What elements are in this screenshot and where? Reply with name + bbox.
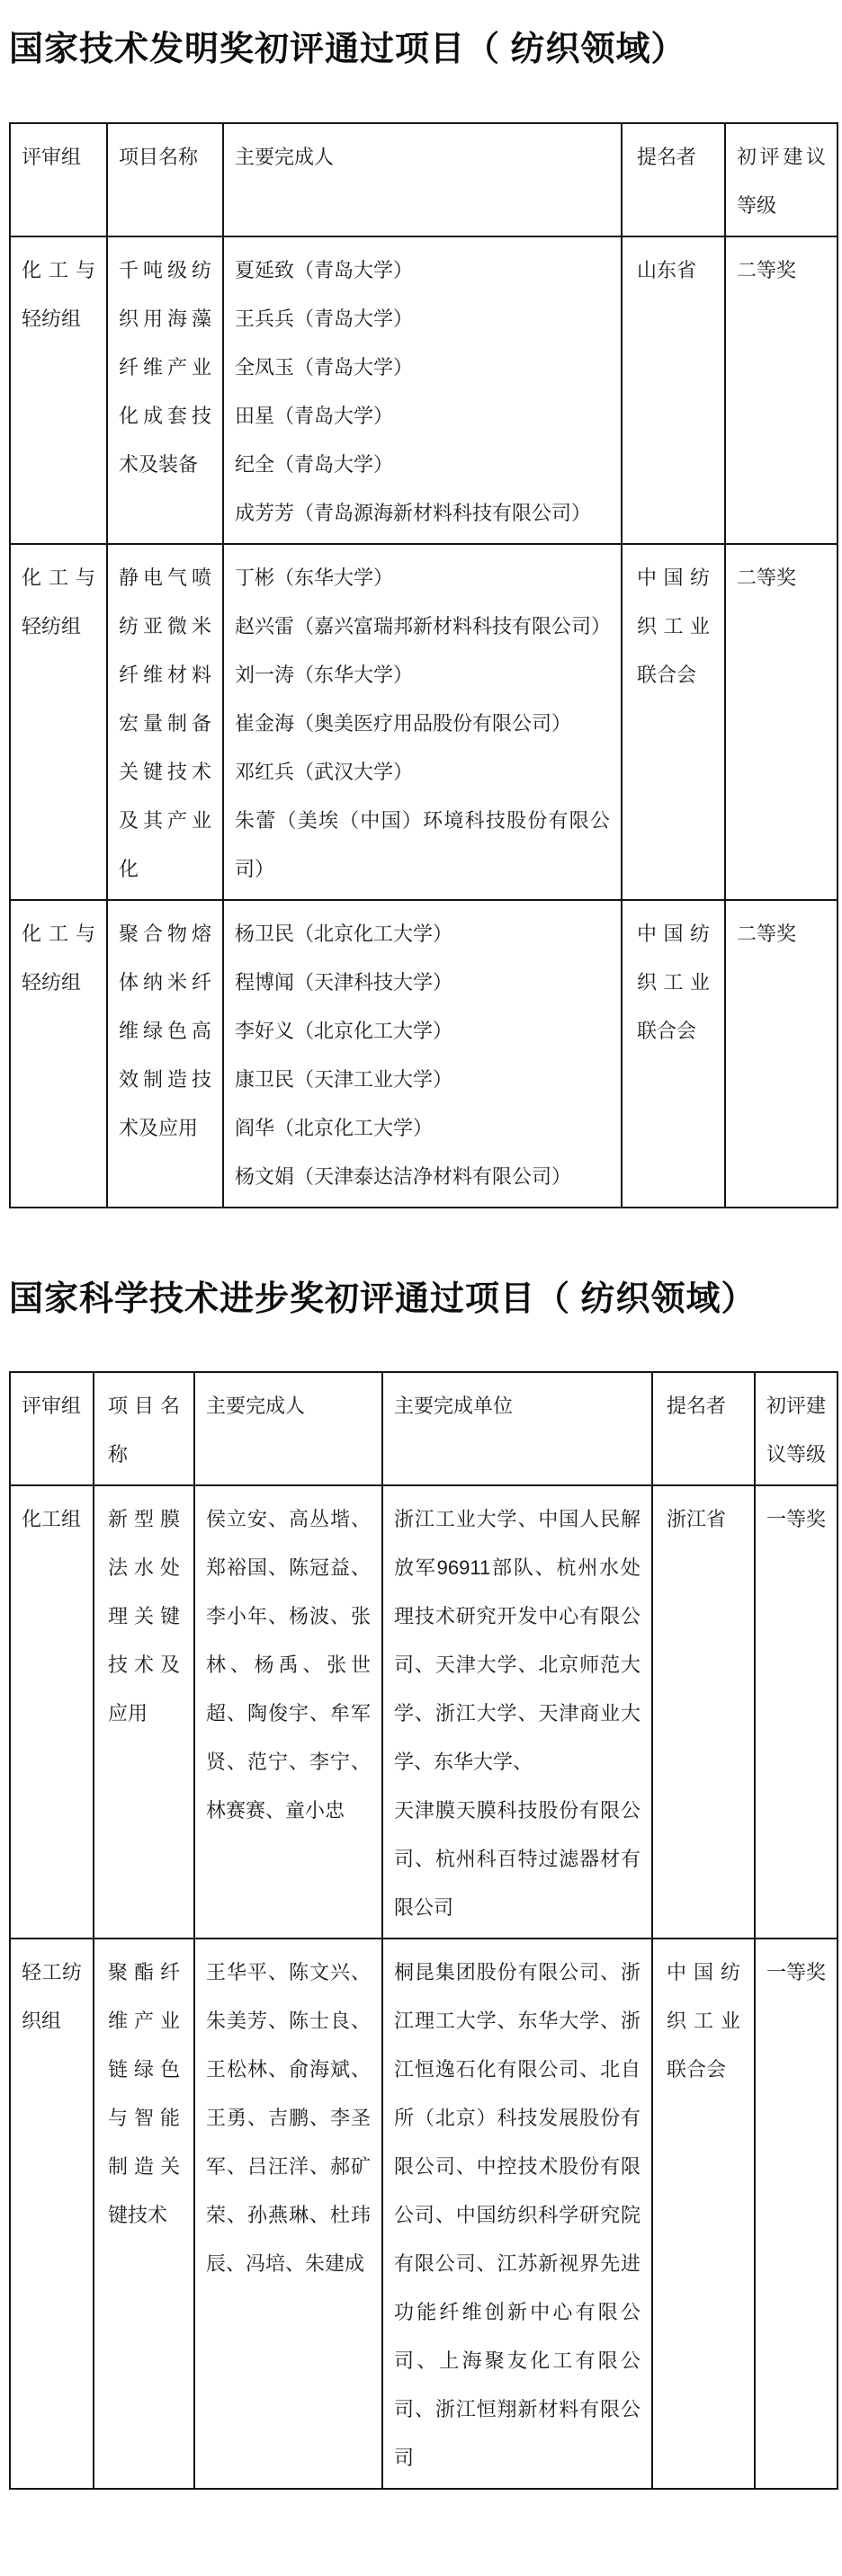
cell-line: 全凤玉（青岛大学）: [235, 343, 610, 392]
cell-line: 田星（青岛大学）: [235, 392, 610, 441]
cell-line: 侯立安、高丛堦、郑裕国、陈冠益、李小年、杨波、张林、杨禹、张世超、陶俊宇、牟军贤…: [206, 1495, 371, 1835]
nominator-cell: 浙江省: [652, 1485, 755, 1939]
cell-line: 杨卫民（北京化工大学）: [235, 910, 610, 958]
header-review-group: 评审组: [10, 123, 107, 236]
cell-line: 二等奖: [737, 246, 826, 295]
cell-line: 天津膜天膜科技股份有限公司、杭州科百特过滤器材有限公司: [394, 1787, 640, 1932]
cell-line: 千吨级纺织用海藻纤维产业化成套技术及装备: [119, 246, 211, 489]
section1-title: 国家技术发明奖初评通过项目（ 纺织领域）: [9, 29, 837, 72]
header-review-group: 评审组: [10, 1372, 94, 1485]
nominator-cell: 中国纺织工业联合会: [652, 1939, 755, 2489]
cell-line: 成芳芳（青岛源海新材料科技有限公司）: [235, 489, 610, 538]
header-units: 主要完成单位: [382, 1372, 652, 1485]
cell-line: 山东省: [637, 246, 710, 295]
header-row: 评审组项目名称主要完成人主要完成单位提名者初评建议等级: [10, 1372, 838, 1485]
header-row: 评审组项目名称主要完成人提名者初评建议等级: [10, 123, 838, 236]
cell-line: 聚合物熔体纳米纤维绿色高效制造技术及应用: [119, 910, 211, 1153]
header-completers: 主要完成人: [223, 123, 622, 236]
grade-cell: 二等奖: [725, 900, 838, 1208]
cell-line: 化工与轻纺组: [22, 910, 95, 1007]
cell-line: 二等奖: [737, 554, 826, 602]
cell-line: 新型膜法水处理关键技术及应用: [108, 1495, 180, 1738]
cell-line: 朱蕾（美埃（中国）环境科技股份有限公司）: [235, 797, 610, 894]
cell-line: 王兵兵（青岛大学）: [235, 295, 610, 343]
header-grade: 初评建议等级: [725, 123, 838, 236]
project-name-cell: 千吨级纺织用海藻纤维产业化成套技术及装备: [107, 236, 223, 544]
cell-line: 浙江省: [667, 1495, 740, 1544]
nominator-cell: 山东省: [622, 236, 725, 544]
table-row: 化工与轻纺组聚合物熔体纳米纤维绿色高效制造技术及应用杨卫民（北京化工大学）程博闻…: [10, 900, 838, 1208]
completers-cell: 夏延致（青岛大学）王兵兵（青岛大学）全凤玉（青岛大学）田星（青岛大学）纪全（青岛…: [223, 236, 622, 544]
cell-line: 王华平、陈文兴、朱美芳、陈士良、王松林、俞海斌、王勇、吉鹏、李圣军、吕汪洋、郝矿…: [206, 1948, 371, 2288]
nominator-cell: 中国纺织工业联合会: [622, 900, 725, 1208]
cell-line: 程博闻（天津科技大学）: [235, 958, 610, 1007]
cell-line: 轻工纺织组: [22, 1948, 82, 2046]
units-cell: 桐昆集团股份有限公司、浙江理工大学、东华大学、浙江恒逸石化有限公司、北自所（北京…: [382, 1939, 652, 2489]
header-project-name: 项目名称: [94, 1372, 194, 1485]
header-completers: 主要完成人: [194, 1372, 382, 1485]
header-project-name: 项目名称: [107, 123, 223, 236]
units-cell: 浙江工业大学、中国人民解放军96911部队、杭州水处理技术研究开发中心有限公司、…: [382, 1485, 652, 1939]
cell-line: 中国纺织工业联合会: [667, 1948, 740, 2094]
nominator-cell: 中国纺织工业联合会: [622, 544, 725, 900]
table-row: 轻工纺织组聚酯纤维产业链绿色与智能制造关键技术王华平、陈文兴、朱美芳、陈士良、王…: [10, 1939, 838, 2489]
cell-line: 一等奖: [766, 1948, 826, 1997]
cell-line: 李好义（北京化工大学）: [235, 1007, 610, 1056]
cell-line: 赵兴雷（嘉兴富瑞邦新材料科技有限公司）: [235, 602, 610, 651]
cell-line: 崔金海（奥美医疗用品股份有限公司）: [235, 700, 610, 748]
grade-cell: 二等奖: [725, 544, 838, 900]
review-group-cell: 轻工纺织组: [10, 1939, 94, 2489]
header-grade: 初评建议等级: [755, 1372, 838, 1485]
cell-line: 静电气喷纺亚微米纤维材料宏量制备关键技术及其产业化: [119, 554, 211, 894]
review-group-cell: 化工与轻纺组: [10, 544, 107, 900]
cell-line: 邓红兵（武汉大学）: [235, 748, 610, 797]
table-row: 化工组新型膜法水处理关键技术及应用侯立安、高丛堦、郑裕国、陈冠益、李小年、杨波、…: [10, 1485, 838, 1939]
completers-cell: 侯立安、高丛堦、郑裕国、陈冠益、李小年、杨波、张林、杨禹、张世超、陶俊宇、牟军贤…: [194, 1485, 382, 1939]
completers-cell: 丁彬（东华大学）赵兴雷（嘉兴富瑞邦新材料科技有限公司）刘一涛（东华大学）崔金海（…: [223, 544, 622, 900]
cell-line: 纪全（青岛大学）: [235, 441, 610, 489]
cell-line: 夏延致（青岛大学）: [235, 246, 610, 295]
cell-line: 聚酯纤维产业链绿色与智能制造关键技术: [108, 1948, 180, 2240]
cell-line: 中国纺织工业联合会: [637, 554, 710, 700]
cell-line: 丁彬（东华大学）: [235, 554, 610, 602]
review-group-cell: 化工组: [10, 1485, 94, 1939]
invention-award-table: 评审组项目名称主要完成人提名者初评建议等级化工与轻纺组千吨级纺织用海藻纤维产业化…: [9, 122, 838, 1208]
project-name-cell: 聚酯纤维产业链绿色与智能制造关键技术: [94, 1939, 194, 2489]
progress-award-table: 评审组项目名称主要完成人主要完成单位提名者初评建议等级化工组新型膜法水处理关键技…: [9, 1371, 838, 2490]
cell-line: 化工与轻纺组: [22, 246, 95, 343]
cell-line: 康卫民（天津工业大学）: [235, 1056, 610, 1104]
cell-line: 杨文娟（天津泰达洁净材料有限公司）: [235, 1153, 610, 1201]
grade-cell: 二等奖: [725, 236, 838, 544]
header-nominator: 提名者: [622, 123, 725, 236]
cell-line: 二等奖: [737, 910, 826, 958]
cell-line: 浙江工业大学、中国人民解放军96911部队、杭州水处理技术研究开发中心有限公司、…: [394, 1495, 640, 1787]
table-row: 化工与轻纺组千吨级纺织用海藻纤维产业化成套技术及装备夏延致（青岛大学）王兵兵（青…: [10, 236, 838, 544]
cell-line: 刘一涛（东华大学）: [235, 651, 610, 700]
completers-cell: 杨卫民（北京化工大学）程博闻（天津科技大学）李好义（北京化工大学）康卫民（天津工…: [223, 900, 622, 1208]
review-group-cell: 化工与轻纺组: [10, 900, 107, 1208]
project-name-cell: 新型膜法水处理关键技术及应用: [94, 1485, 194, 1939]
header-nominator: 提名者: [652, 1372, 755, 1485]
cell-line: 化工组: [22, 1495, 82, 1544]
completers-cell: 王华平、陈文兴、朱美芳、陈士良、王松林、俞海斌、王勇、吉鹏、李圣军、吕汪洋、郝矿…: [194, 1939, 382, 2489]
project-name-cell: 静电气喷纺亚微米纤维材料宏量制备关键技术及其产业化: [107, 544, 223, 900]
grade-cell: 一等奖: [755, 1939, 838, 2489]
cell-line: 中国纺织工业联合会: [637, 910, 710, 1056]
grade-cell: 一等奖: [755, 1485, 838, 1939]
section2-title: 国家科学技术进步奖初评通过项目（ 纺织领域）: [9, 1279, 837, 1322]
cell-line: 阎华（北京化工大学）: [235, 1104, 610, 1153]
cell-line: 化工与轻纺组: [22, 554, 95, 651]
project-name-cell: 聚合物熔体纳米纤维绿色高效制造技术及应用: [107, 900, 223, 1208]
review-group-cell: 化工与轻纺组: [10, 236, 107, 544]
table-row: 化工与轻纺组静电气喷纺亚微米纤维材料宏量制备关键技术及其产业化丁彬（东华大学）赵…: [10, 544, 838, 900]
document-page: 国家技术发明奖初评通过项目（ 纺织领域） 评审组项目名称主要完成人提名者初评建议…: [0, 0, 842, 2520]
cell-line: 一等奖: [766, 1495, 826, 1544]
cell-line: 桐昆集团股份有限公司、浙江理工大学、东华大学、浙江恒逸石化有限公司、北自所（北京…: [394, 1948, 640, 2482]
